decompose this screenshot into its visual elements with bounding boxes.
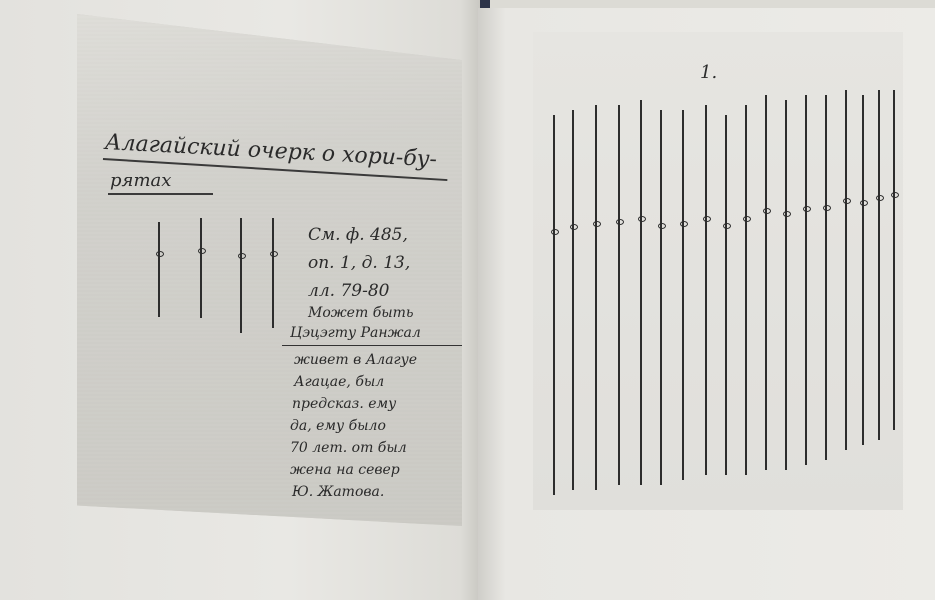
archive-note-line: См. ф. 485, — [308, 225, 408, 245]
archive-note-line: оп. 1, д. 13, — [308, 253, 410, 273]
mongolian-script-column — [272, 218, 280, 328]
mongolian-script-column — [553, 115, 561, 495]
archive-note-line: Цэцэгту Ранжал — [290, 325, 421, 341]
manuscript-title-line-2: рятах — [110, 170, 171, 191]
mongolian-script-column — [878, 90, 886, 440]
mongolian-script-column — [705, 105, 713, 475]
mongolian-script-column — [725, 115, 733, 475]
mongolian-script-column — [240, 218, 248, 333]
note-divider — [282, 345, 462, 346]
archive-note-line: Ю. Жатова. — [292, 484, 384, 500]
mongolian-script-column — [862, 95, 870, 445]
archive-note-line: 70 лет. от был — [290, 440, 407, 456]
mongolian-script-column — [158, 222, 166, 317]
mongolian-script-column — [825, 95, 833, 460]
mongolian-script-column — [845, 90, 853, 450]
mongolian-script-column — [765, 95, 773, 470]
title-underline-2 — [108, 193, 213, 195]
mongolian-script-column — [572, 110, 580, 490]
archive-note-line: Может быть — [308, 305, 414, 321]
mongolian-script-column — [660, 110, 668, 485]
archive-note-line: живет в Алагуе — [294, 352, 417, 368]
mongolian-script-column — [640, 100, 648, 485]
mongolian-script-column — [785, 100, 793, 470]
archive-note-line: да, ему было — [290, 418, 386, 434]
mongolian-script-column — [595, 105, 603, 490]
mongolian-script-column — [682, 110, 690, 480]
archive-note-line: жена на север — [290, 462, 400, 478]
mongolian-script-column — [200, 218, 208, 318]
archive-note-line: лл. 79-80 — [308, 281, 389, 301]
archive-note-line: Агацае, был — [294, 374, 384, 390]
mongolian-script-column — [805, 95, 813, 465]
mongolian-script-column — [618, 105, 626, 485]
mongolian-script-column — [893, 90, 901, 430]
archive-note-line: предсказ. ему — [292, 396, 396, 412]
mongolian-script-column — [745, 105, 753, 475]
page-number: 1. — [700, 62, 717, 83]
